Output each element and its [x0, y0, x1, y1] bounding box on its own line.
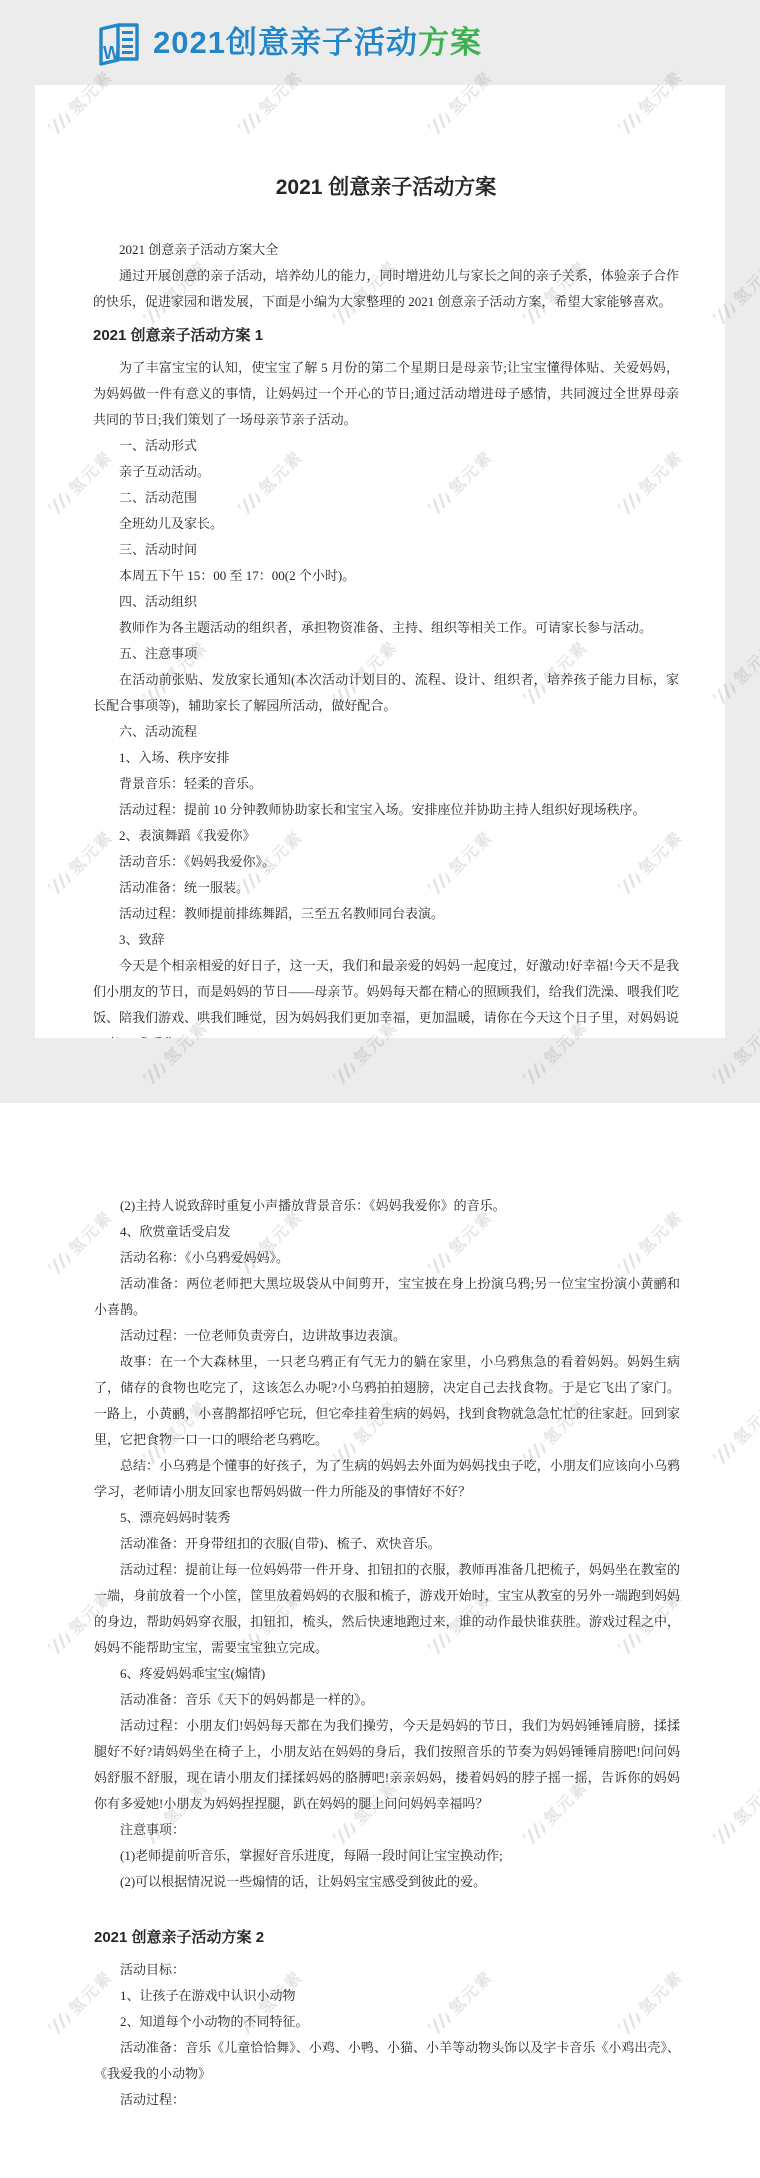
- site-title: 2021创意亲子活动方案: [153, 27, 482, 58]
- paragraph: 活动名称：《小乌鸦爱妈妈》。: [94, 1245, 680, 1271]
- paragraph: 活动过程：提前让每一位妈妈带一件开身、扣钮扣的衣服，教师再准备几把梳子，妈妈坐在…: [94, 1557, 680, 1661]
- paragraph: 通过开展创意的亲子活动，培养幼儿的能力，同时增进幼儿与家长之间的亲子关系，体验亲…: [93, 263, 679, 315]
- paragraph: 五、注意事项: [93, 641, 679, 667]
- paragraph: 故事：在一个大森林里，一只老乌鸦正有气无力的躺在家里，小乌鸦焦急的看着妈妈。妈妈…: [94, 1349, 680, 1453]
- site-title-main: 2021创意亲子活动: [153, 25, 418, 60]
- paragraph: 活动过程：提前 10 分钟教师协助家长和宝宝入场。安排座位并协助主持人组织好现场…: [93, 797, 679, 823]
- paragraph: 三、活动时间: [93, 537, 679, 563]
- document-page-2: (2)主持人说致辞时重复小声播放背景音乐：《妈妈我爱你》的音乐。4、欣赏童话受启…: [0, 1103, 760, 2178]
- paragraph: 亲子互动活动。: [93, 459, 679, 485]
- paragraph: 6、疼爱妈妈乖宝宝(煽情): [94, 1661, 680, 1687]
- paragraph: 一、活动形式: [93, 433, 679, 459]
- paragraph: 四、活动组织: [93, 589, 679, 615]
- paragraph: 全班幼儿及家长。: [93, 511, 679, 537]
- paragraph: 在活动前张贴、发放家长通知(本次活动计划目的、流程、设计、组织者，培养孩子能力目…: [93, 667, 679, 719]
- document-page-1: 2021 创意亲子活动方案 2021 创意亲子活动方案大全通过开展创意的亲子活动…: [35, 85, 725, 1038]
- site-logo[interactable]: W 2021创意亲子活动方案: [92, 18, 482, 68]
- paragraph: 活动准备：开身带纽扣的衣服(自带)、梳子、欢快音乐。: [94, 1531, 680, 1557]
- section-heading: 2021 创意亲子活动方案 2: [94, 1925, 680, 1951]
- svg-text:W: W: [103, 43, 120, 63]
- paragraph: (1)老师提前听音乐，掌握好音乐进度，每隔一段时间让宝宝换动作;: [94, 1843, 680, 1869]
- paragraph: 二、活动范围: [93, 485, 679, 511]
- paragraph: 本周五下午 15：00 至 17：00(2 个小时)。: [93, 563, 679, 589]
- paragraph: (2)主持人说致辞时重复小声播放背景音乐：《妈妈我爱你》的音乐。: [94, 1193, 680, 1219]
- paragraph: 2021 创意亲子活动方案大全: [93, 237, 679, 263]
- document-preview: 2021 创意亲子活动方案 2021 创意亲子活动方案大全通过开展创意的亲子活动…: [0, 85, 760, 2178]
- paragraph: 活动准备：两位老师把大黑垃圾袋从中间剪开，宝宝披在身上扮演乌鸦;另一位宝宝扮演小…: [94, 1271, 680, 1323]
- paragraph: 总结：小乌鸦是个懂事的好孩子，为了生病的妈妈去外面为妈妈找虫子吃，小朋友们应该向…: [94, 1453, 680, 1505]
- paragraph: 六、活动流程: [93, 719, 679, 745]
- page-1-content: 2021 创意亲子活动方案大全通过开展创意的亲子活动，培养幼儿的能力，同时增进幼…: [93, 237, 679, 1038]
- paragraph: 活动准备：统一服装。: [93, 875, 679, 901]
- paragraph: (2)可以根据情况说一些煽情的话，让妈妈宝宝感受到彼此的爱。: [94, 1869, 680, 1895]
- paragraph: 教师作为各主题活动的组织者，承担物资准备、主持、组织等相关工作。可请家长参与活动…: [93, 615, 679, 641]
- paragraph: 活动过程：一位老师负责旁白，边讲故事边表演。: [94, 1323, 680, 1349]
- paragraph: 活动过程：: [94, 2087, 680, 2113]
- site-header: W 2021创意亲子活动方案: [0, 0, 760, 85]
- paragraph: 5、漂亮妈妈时装秀: [94, 1505, 680, 1531]
- paragraph: 活动准备：音乐《儿童恰恰舞》、小鸡、小鸭、小猫、小羊等动物头饰以及字卡音乐《小鸡…: [94, 2035, 680, 2087]
- page-gap: [0, 1038, 760, 1103]
- paragraph: 2、知道每个小动物的不同特征。: [94, 2009, 680, 2035]
- paragraph: 活动过程：教师提前排练舞蹈，三至五名教师同台表演。: [93, 901, 679, 927]
- document-title: 2021 创意亲子活动方案: [93, 173, 679, 203]
- paragraph: 今天是个相亲相爱的好日子，这一天，我们和最亲爱的妈妈一起度过，好激动!好幸福!今…: [93, 953, 679, 1038]
- paragraph: 2、表演舞蹈《我爱你》: [93, 823, 679, 849]
- paragraph: 活动目标：: [94, 1957, 680, 1983]
- paragraph: 4、欣赏童话受启发: [94, 1219, 680, 1245]
- paragraph: 活动准备：音乐《天下的妈妈都是一样的》。: [94, 1687, 680, 1713]
- paragraph: 注意事项：: [94, 1817, 680, 1843]
- paragraph: 活动音乐：《妈妈我爱你》。: [93, 849, 679, 875]
- site-title-accent: 方案: [418, 25, 482, 60]
- paragraph: 1、让孩子在游戏中认识小动物: [94, 1983, 680, 2009]
- paragraph: 背景音乐：轻柔的音乐。: [93, 771, 679, 797]
- section-heading: 2021 创意亲子活动方案 1: [93, 323, 679, 349]
- paragraph: 活动过程：小朋友们!妈妈每天都在为我们操劳，今天是妈妈的节日，我们为妈妈锤锤肩膀…: [94, 1713, 680, 1817]
- paragraph: 1、入场、秩序安排: [93, 745, 679, 771]
- paragraph: 为了丰富宝宝的认知，使宝宝了解 5 月份的第二个星期日是母亲节;让宝宝懂得体贴、…: [93, 355, 679, 433]
- paragraph: 3、致辞: [93, 927, 679, 953]
- word-doc-icon: W: [92, 18, 144, 68]
